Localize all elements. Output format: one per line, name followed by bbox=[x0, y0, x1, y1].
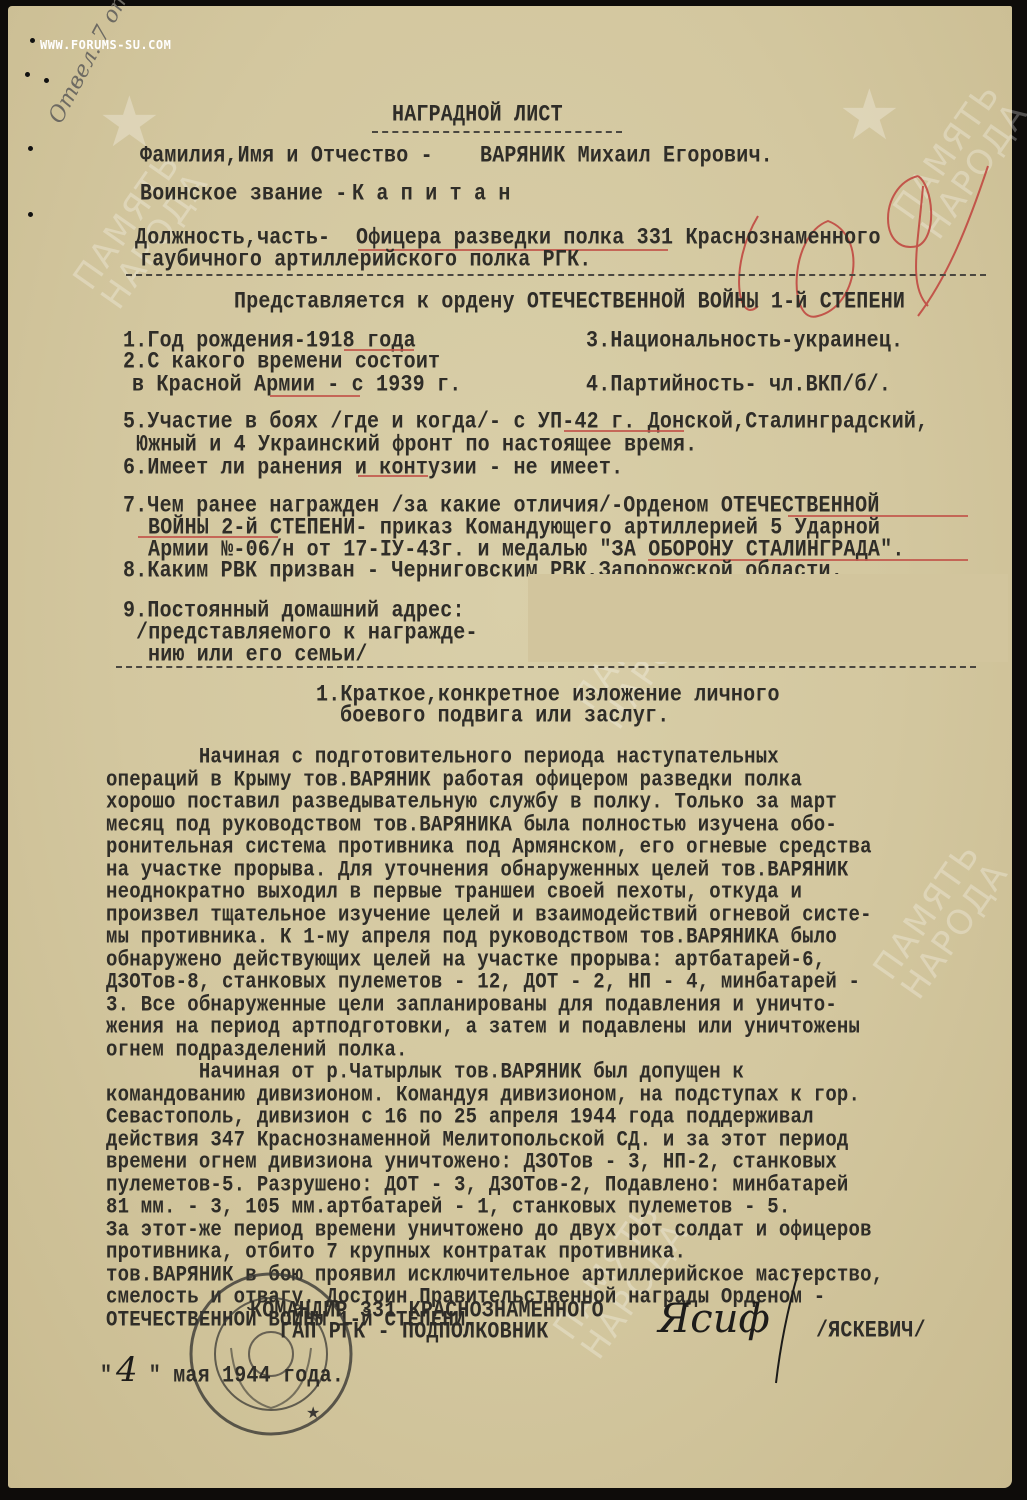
narrative-line: мы противника. К 1-му апреля под руковод… bbox=[106, 924, 883, 950]
regiment-stamp: ★ bbox=[186, 1268, 356, 1440]
date-day-handwritten: 4 bbox=[116, 1350, 138, 1390]
handwritten-signature: Ясиф bbox=[658, 1296, 770, 1342]
punch-hole bbox=[30, 38, 35, 43]
narrative-line: Севастополь, дивизион с 16 по 25 апреля … bbox=[106, 1104, 883, 1130]
narrative-line: неоднократно выходил в первые траншеи св… bbox=[106, 879, 883, 905]
signature-stroke bbox=[768, 1268, 808, 1388]
position-line2: гаубичного артиллерийского полка РГК. bbox=[140, 247, 591, 273]
rank-label: Воинское звание - bbox=[140, 181, 347, 207]
narrative-line: противника, отбито 7 крупных контратак п… bbox=[106, 1239, 883, 1265]
narrative-line: Начиная от р.Чатырлык тов.ВАРЯНИК был до… bbox=[106, 1059, 883, 1085]
punch-hole bbox=[28, 212, 33, 217]
separator-line bbox=[116, 666, 976, 668]
redacted-address-area bbox=[528, 574, 1008, 662]
narrative-line: жения на период артподготовки, а затем и… bbox=[106, 1014, 883, 1040]
field-address-line3: нию или его семьи/ bbox=[148, 642, 368, 668]
document-title: НАГРАДНОЙ ЛИСТ bbox=[392, 102, 563, 128]
signature-block-line2: ГАП РГК - ПОДПОЛКОВНИК bbox=[280, 1319, 548, 1345]
red-underline bbox=[270, 395, 360, 397]
narrative-block: Начиная с подготовительного периода наст… bbox=[106, 744, 883, 1329]
section-heading-line2: боевого подвига или заслуг. bbox=[340, 703, 669, 729]
rank-value: К а п и т а н bbox=[352, 181, 511, 207]
fio-value: ВАРЯНИК Михаил Егорович. bbox=[480, 143, 773, 169]
field-wounds: 6.Имеет ли ранения и контузии - не имеет… bbox=[123, 455, 623, 481]
svg-text:★: ★ bbox=[306, 1403, 320, 1422]
narrative-line: времени огнем дивизиона уничтожено: ДЗОТ… bbox=[106, 1149, 883, 1175]
narrative-line: ДЗОТов-8, станковых пулеметов - 12, ДОТ … bbox=[106, 969, 883, 995]
field-nationality: 3.Национальность-украинец. bbox=[586, 328, 903, 354]
nominated-for: Представляется к ордену ОТЕЧЕСТВЕННОЙ ВО… bbox=[234, 289, 905, 315]
archive-watermark: ПАМЯТЬНАРОДА bbox=[868, 837, 1014, 1005]
award-sheet-page: WWW.FORUMS-SU.COM ★ ★ ПАМЯТЬНАРОДА ПАМЯТ… bbox=[8, 6, 1012, 1488]
signer-name: /ЯСКЕВИЧ/ bbox=[816, 1318, 926, 1344]
punch-hole bbox=[25, 72, 30, 77]
narrative-line: ронительная система противника под Армян… bbox=[106, 834, 883, 860]
title-underline bbox=[372, 131, 622, 133]
narrative-line: Начиная с подготовительного периода наст… bbox=[106, 744, 883, 770]
field-party: 4.Партийность- чл.ВКП/б/. bbox=[586, 372, 891, 398]
separator-line bbox=[126, 274, 986, 276]
fio-label: Фамилия,Имя и Отчество - bbox=[140, 143, 433, 169]
punch-hole bbox=[28, 146, 33, 151]
narrative-line: хорошо поставил разведывательную службу … bbox=[106, 789, 883, 815]
red-underline bbox=[358, 475, 428, 477]
punch-hole bbox=[44, 78, 49, 83]
narrative-line: 81 мм. - 3, 105 мм.артбатарей - 1, станк… bbox=[106, 1194, 883, 1220]
